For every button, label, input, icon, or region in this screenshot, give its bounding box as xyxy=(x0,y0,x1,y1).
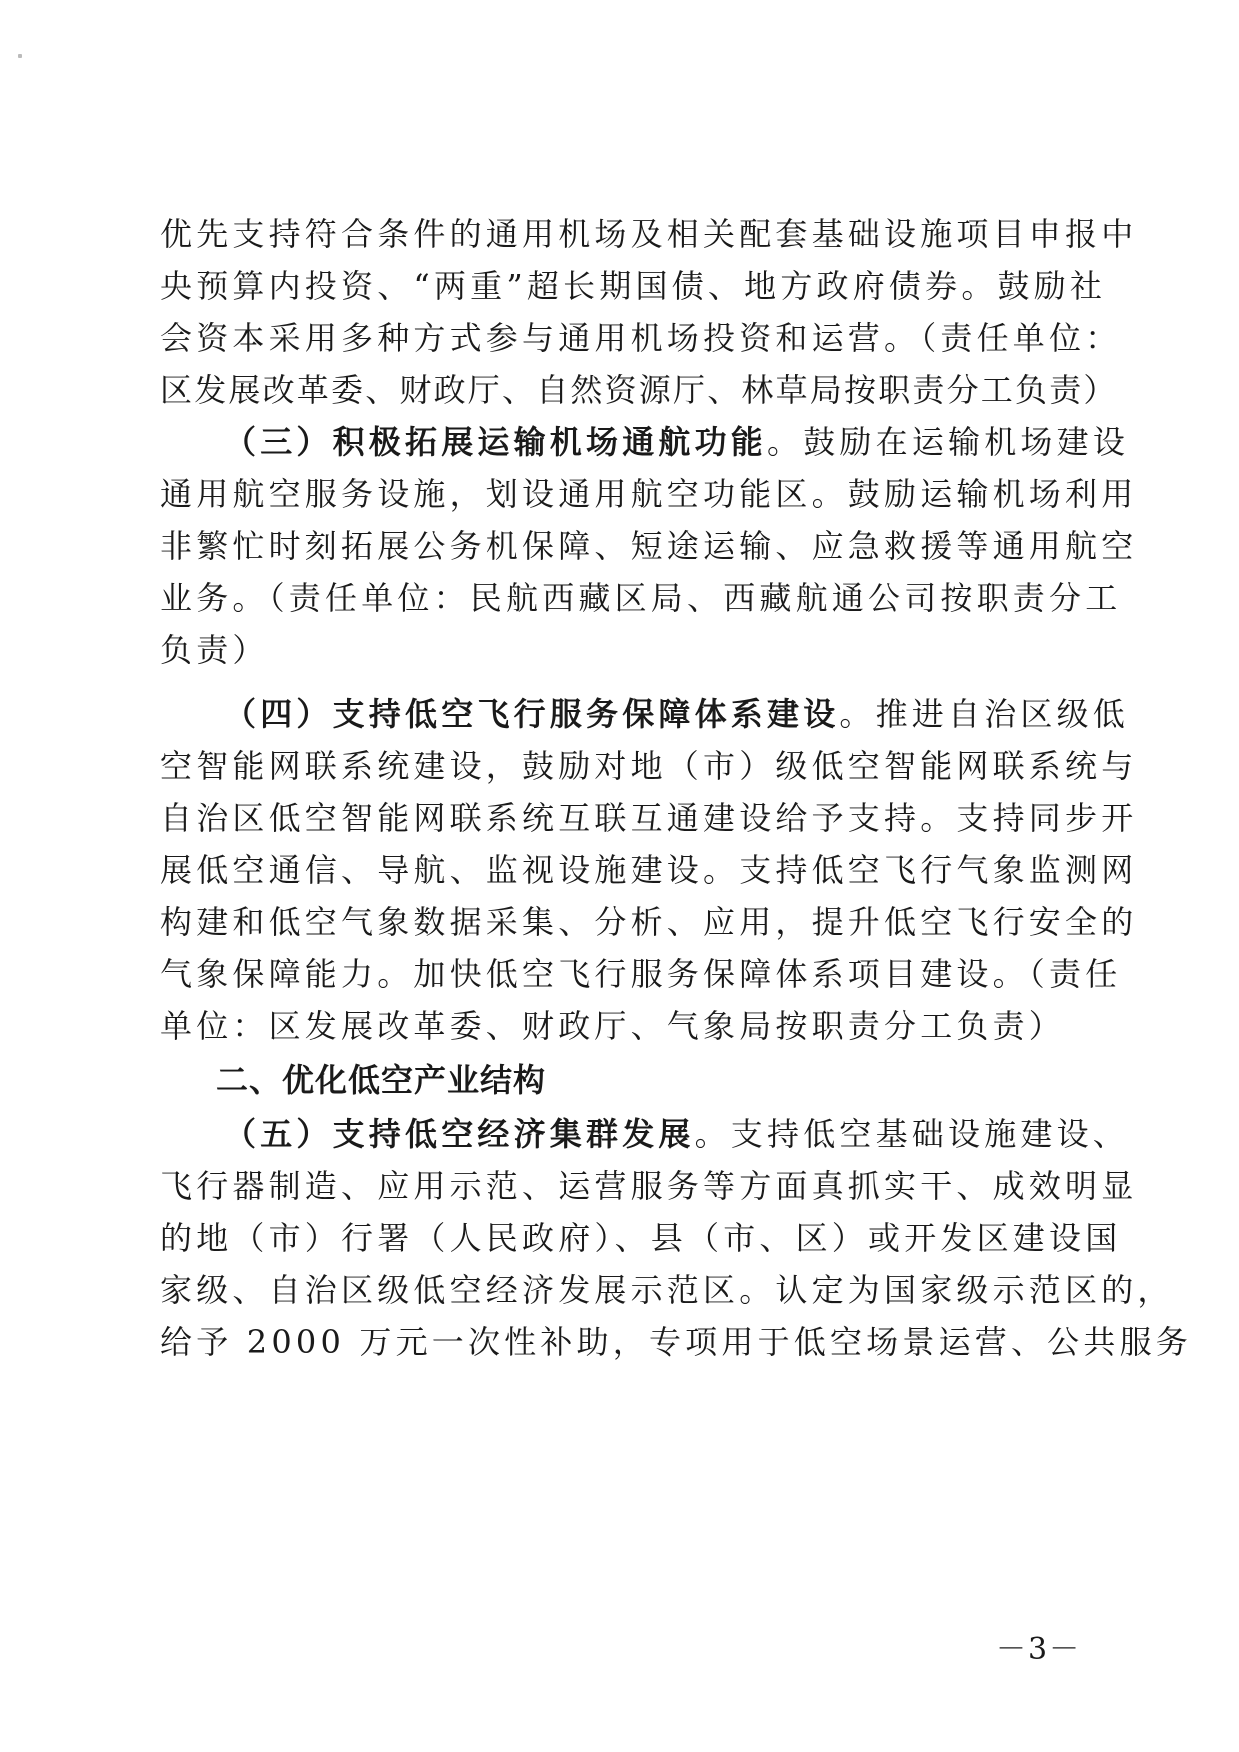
body-line: 展低空通信、导航、监视设施建设。支持低空飞行气象监测网 xyxy=(160,850,1070,890)
subsection-3-line: （三）积极拓展运输机场通航功能。鼓励在运输机场建设 xyxy=(224,422,1070,462)
page-number: －3－ xyxy=(996,1632,1081,1668)
scan-artifact xyxy=(18,54,22,58)
document-page: 优先支持符合条件的通用机场及相关配套基础设施项目申报中 央预算内投资、“两重”超… xyxy=(0,0,1239,1752)
body-line: 空智能网联系统建设，鼓励对地（市）级低空智能网联系统与 xyxy=(160,746,1070,786)
body-line: 央预算内投资、“两重”超长期国债、地方政府债券。鼓励社 xyxy=(160,266,1070,306)
subsection-title: （四）支持低空飞行服务保障体系建设 xyxy=(224,695,839,733)
subsection-4-line: （四）支持低空飞行服务保障体系建设。推进自治区级低 xyxy=(224,694,1070,734)
body-line: 气象保障能力。加快低空飞行服务保障体系项目建设。（责任 xyxy=(160,954,1070,994)
subsection-title: （五）支持低空经济集群发展 xyxy=(224,1115,695,1153)
section-heading: 二、优化低空产业结构 xyxy=(216,1060,546,1100)
body-line: 负责） xyxy=(160,630,1070,670)
body-line: 构建和低空气象数据采集、分析、应用，提升低空飞行安全的 xyxy=(160,902,1070,942)
body-line: 自治区低空智能网联系统互联互通建设给予支持。支持同步开 xyxy=(160,798,1070,838)
body-line: 给予 2000 万元一次性补助，专项用于低空场景运营、公共服务 xyxy=(160,1322,1070,1362)
body-line: 非繁忙时刻拓展公务机保障、短途运输、应急救援等通用航空 xyxy=(160,526,1070,566)
body-line: 通用航空服务设施，划设通用航空功能区。鼓励运输机场利用 xyxy=(160,474,1070,514)
body-line: 业务。（责任单位：民航西藏区局、西藏航通公司按职责分工 xyxy=(160,578,1070,618)
subsection-5-line: （五）支持低空经济集群发展。支持低空基础设施建设、 xyxy=(224,1114,1070,1154)
subsection-title: （三）积极拓展运输机场通航功能 xyxy=(224,423,767,461)
body-line: 优先支持符合条件的通用机场及相关配套基础设施项目申报中 xyxy=(160,214,1070,254)
body-line: 飞行器制造、应用示范、运营服务等方面真抓实干、成效明显 xyxy=(160,1166,1070,1206)
body-line: 会资本采用多种方式参与通用机场投资和运营。（责任单位： xyxy=(160,318,1070,358)
body-line: 的地（市）行署（人民政府）、县（市、区）或开发区建设国 xyxy=(160,1218,1070,1258)
body-line: 单位：区发展改革委、财政厅、气象局按职责分工负责） xyxy=(160,1006,1070,1046)
body-line: 区发展改革委、财政厅、自然资源厅、林草局按职责分工负责） xyxy=(160,370,1070,410)
body-line: 家级、自治区级低空经济发展示范区。认定为国家级示范区的， xyxy=(160,1270,1070,1310)
